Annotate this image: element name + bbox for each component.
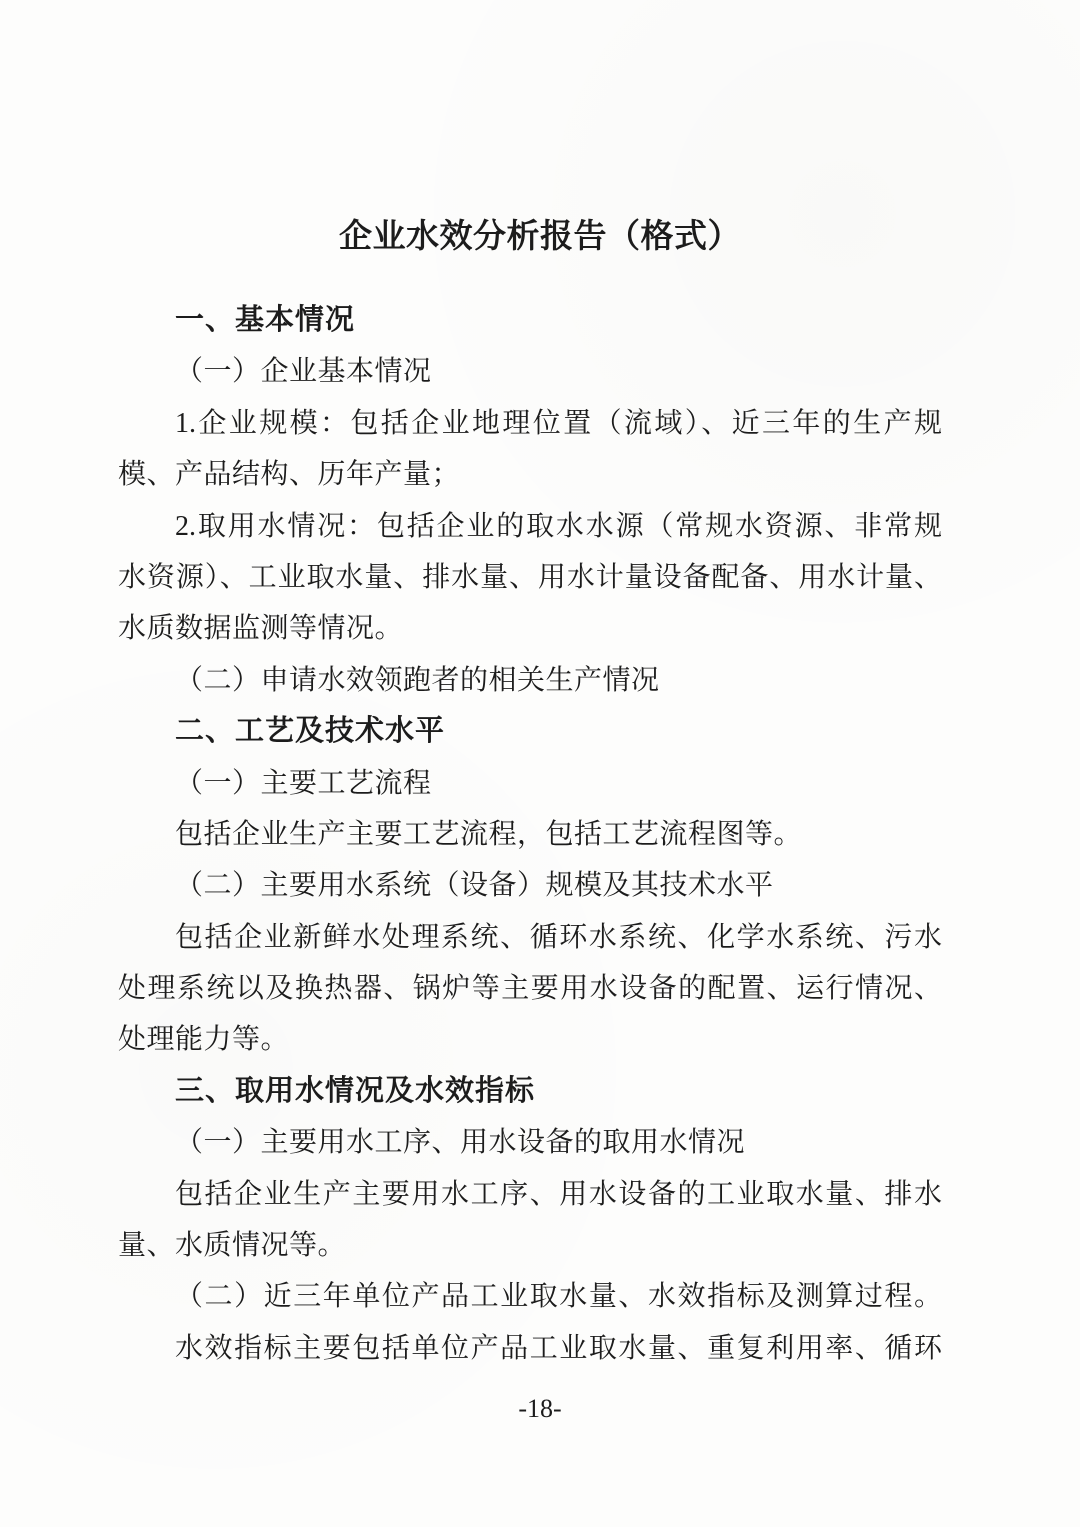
text-line: （二）近三年单位产品工业取水量、水效指标及测算过程。 (118, 1271, 942, 1322)
text-line: 1.企业规模：包括企业地理位置（流域）、近三年的生产规 (118, 398, 942, 449)
text-line: （二）申请水效领跑者的相关生产情况 (118, 655, 942, 706)
text-line: 2.取用水情况：包括企业的取水水源（常规水资源、非常规 (118, 501, 942, 552)
text-line: 水资源）、工业取水量、排水量、用水计量设备配备、用水计量、 (118, 552, 942, 603)
text-line: 处理能力等。 (118, 1014, 942, 1065)
page-title: 企业水效分析报告（格式） (0, 210, 1080, 257)
text-line: （一）主要用水工序、用水设备的取用水情况 (118, 1117, 942, 1168)
section-heading: 一、基本情况 (118, 295, 942, 346)
page-number: -18- (0, 1392, 1080, 1426)
text-line: 模、产品结构、历年产量； (118, 449, 942, 500)
document-body: 一、基本情况（一）企业基本情况1.企业规模：包括企业地理位置（流域）、近三年的生… (118, 295, 942, 1374)
text-line: 包括企业新鲜水处理系统、循环水系统、化学水系统、污水 (118, 912, 942, 963)
text-line: 处理系统以及换热器、锅炉等主要用水设备的配置、运行情况、 (118, 963, 942, 1014)
text-line: （一）企业基本情况 (118, 346, 942, 397)
text-line: 水质数据监测等情况。 (118, 603, 942, 654)
text-line: 包括企业生产主要工艺流程，包括工艺流程图等。 (118, 809, 942, 860)
section-heading: 三、取用水情况及水效指标 (118, 1066, 942, 1117)
text-line: （二）主要用水系统（设备）规模及其技术水平 (118, 860, 942, 911)
text-line: 水效指标主要包括单位产品工业取水量、重复利用率、循环 (118, 1323, 942, 1374)
text-line: 量、水质情况等。 (118, 1220, 942, 1271)
document-page: 企业水效分析报告（格式） 一、基本情况（一）企业基本情况1.企业规模：包括企业地… (0, 0, 1080, 1527)
text-line: 包括企业生产主要用水工序、用水设备的工业取水量、排水 (118, 1169, 942, 1220)
section-heading: 二、工艺及技术水平 (118, 706, 942, 757)
text-line: （一）主要工艺流程 (118, 758, 942, 809)
